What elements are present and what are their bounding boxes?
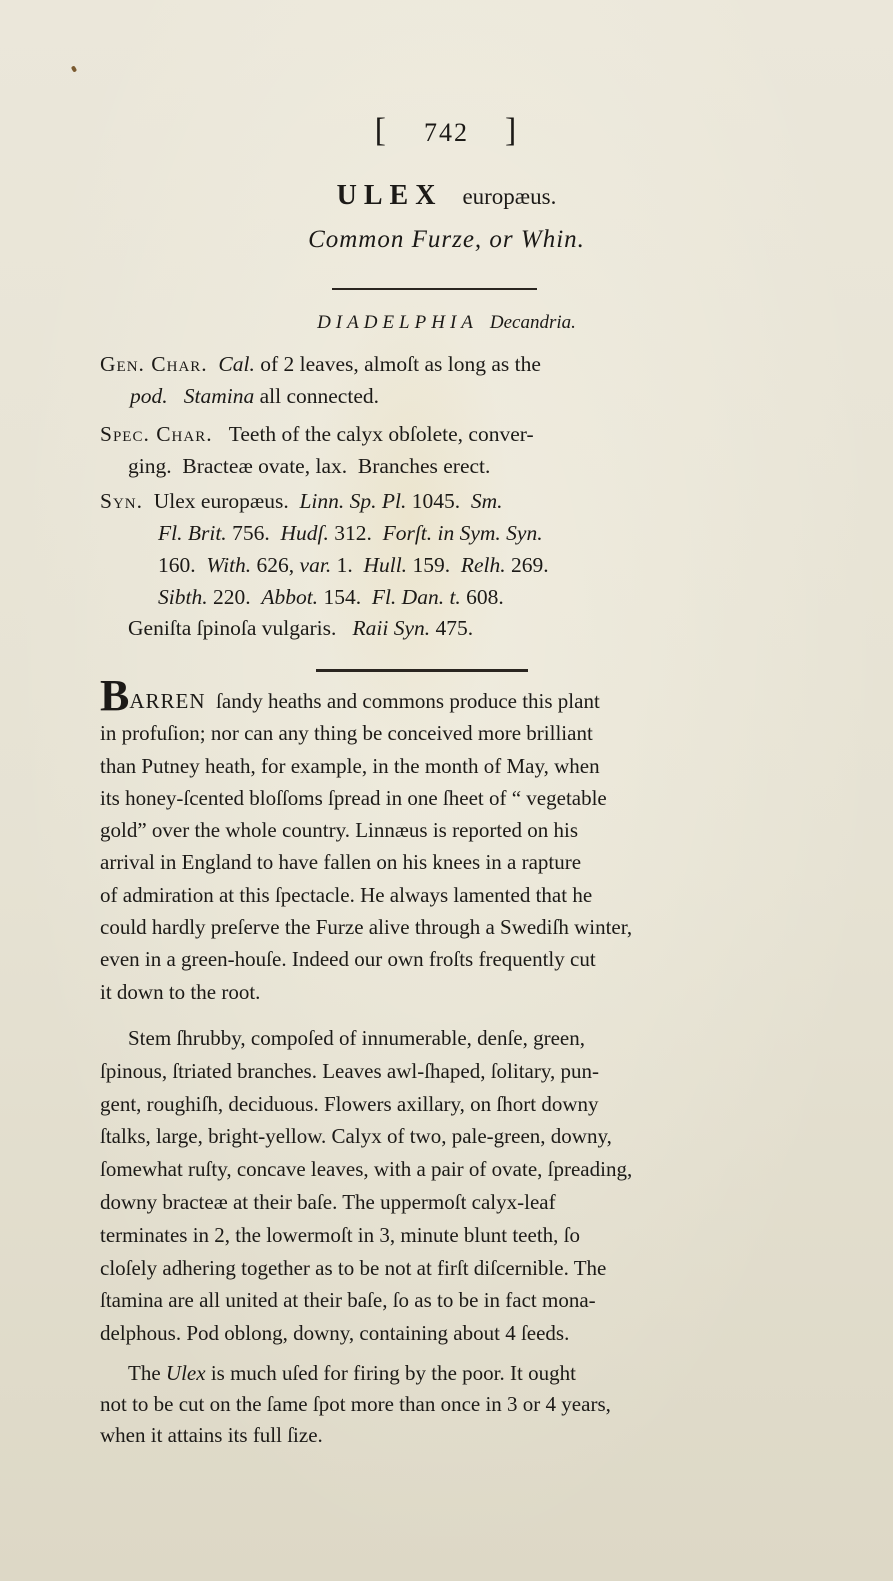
paragraph-1: BARREN ſandy heaths and commons produce … <box>100 682 748 1008</box>
gen-char-italic: Cal. <box>218 352 254 376</box>
citation-abbrev: Sibth. <box>158 585 208 609</box>
citation-text: 1045. <box>406 489 471 513</box>
alt-name: Geniſta ſpinoſa vulgaris. <box>128 616 336 640</box>
para1-line-2: than Putney heath, for example, in the m… <box>100 750 748 782</box>
para1-line-4: gold” over the whole country. Linnæus is… <box>100 814 748 846</box>
para3-post: is much uſed for firing by the poor. It … <box>211 1361 576 1385</box>
drop-cap: B <box>100 671 129 720</box>
citation-abbrev: Sm. <box>471 489 503 513</box>
gen-char-line1: of 2 leaves, almoſt as long as the <box>260 352 541 376</box>
specific-character: Spec. Char. Teeth of the calyx obſolete,… <box>100 418 748 482</box>
para2-line-5: downy bracteæ at their baſe. The uppermo… <box>100 1186 748 1219</box>
synonym-line-2: 160. With. 626, var. 1. Hull. 159. Relh.… <box>100 549 748 581</box>
bracket-close: ] <box>505 112 518 149</box>
page-title: ULEXeuropæus. <box>0 180 893 212</box>
para2-line-3: ſtalks, large, bright-yellow. Calyx of t… <box>100 1120 748 1153</box>
para2-line-2: gent, roughiſh, deciduous. Flowers axill… <box>100 1088 748 1121</box>
syn-label: Syn. <box>100 489 143 513</box>
caps-word: ARREN <box>129 689 205 713</box>
para3-italic: Ulex <box>166 1361 206 1385</box>
citation-text: 220. <box>208 585 262 609</box>
alt-ref-num: 475. <box>436 616 474 640</box>
spec-char-line2: ging. Bracteæ ovate, lax. Branches erect… <box>100 450 748 482</box>
para3-pre: The <box>128 1361 161 1385</box>
para1-line-3: its honey-ſcented bloſſoms ſpread in one… <box>100 782 748 814</box>
paper-speck <box>71 65 77 72</box>
para2-line-7: cloſely adhering together as to be not a… <box>100 1252 748 1285</box>
citation-text: 154. <box>318 585 372 609</box>
citation-text: 159. <box>407 553 461 577</box>
title-species: europæus. <box>462 184 556 209</box>
para3-line-2: when it attains its full ſize. <box>100 1420 748 1451</box>
gen-char-line2: all connected. <box>260 384 379 408</box>
page-number-header: [742] <box>0 112 893 150</box>
gen-char-stamina: Stamina <box>184 384 254 408</box>
para1-line-6: of admiration at this ſpectacle. He alwa… <box>100 879 748 911</box>
para1-line-8: even in a green-houſe. Indeed our own fr… <box>100 943 748 975</box>
paragraph-2: Stem ſhrubby, compoſed of innumerable, d… <box>100 1022 748 1350</box>
synonym-line-1: Fl. Brit. 756. Hudſ. 312. Forſt. in Sym.… <box>100 517 748 549</box>
gen-char-label: Gen. Char. <box>100 352 208 376</box>
citation-text: 312. <box>329 521 383 545</box>
para1-line-7: could hardly preſerve the Furze alive th… <box>100 911 748 943</box>
citation-text: 1. <box>331 553 363 577</box>
para1-line-0: ſandy heaths and commons produce this pl… <box>216 689 600 713</box>
para2-line-0: Stem ſhrubby, compoſed of innumerable, d… <box>100 1022 748 1055</box>
citation-text: 608. <box>461 585 504 609</box>
title-genus: ULEX <box>337 180 443 211</box>
para2-line-4: ſomewhat ruſty, concave leaves, with a p… <box>100 1153 748 1186</box>
paragraph-3: The Ulex is much uſed for firing by the … <box>100 1358 748 1451</box>
citation-abbrev: Forſt. in Sym. Syn. <box>383 521 543 545</box>
para1-line-5: arrival in England to have fallen on his… <box>100 846 748 878</box>
spec-char-line1: Teeth of the calyx obſolete, conver- <box>229 422 534 446</box>
alt-ref: Raii Syn. <box>353 616 431 640</box>
para3-line-1: not to be cut on the ſame ſpot more than… <box>100 1389 748 1420</box>
citation-text: 160. <box>158 553 206 577</box>
order-name: Decandria. <box>490 312 576 333</box>
citation-abbrev: Abbot. <box>261 585 318 609</box>
synonym-line-0: Syn. Ulex europæus. Linn. Sp. Pl. 1045. … <box>100 485 748 517</box>
para1-line-1: in profuſion; nor can any thing be conce… <box>100 717 748 749</box>
synonym-alternate: Geniſta ſpinoſa vulgaris. Raii Syn. 475. <box>100 612 748 644</box>
bracket-open: [ <box>375 112 388 149</box>
citation-abbrev: Fl. Brit. <box>158 521 227 545</box>
gen-char-pod: pod. <box>130 384 168 408</box>
para2-line-6: terminates in 2, the lowermoſt in 3, min… <box>100 1219 748 1252</box>
citation-abbrev: Hull. <box>363 553 407 577</box>
citation-text: Ulex europæus. <box>154 489 300 513</box>
citation-abbrev: Fl. Dan. t. <box>372 585 461 609</box>
citation-abbrev: Relh. <box>461 553 506 577</box>
divider-rule <box>332 288 537 290</box>
classification-line: DIADELPHIADecandria. <box>0 312 893 334</box>
book-page: [742] ULEXeuropæus. Common Furze, or Whi… <box>0 0 893 1581</box>
para2-line-8: ſtamina are all united at their baſe, ſo… <box>100 1284 748 1317</box>
citation-text: 756. <box>227 521 281 545</box>
citation-text: 626, <box>251 553 299 577</box>
common-name-subtitle: Common Furze, or Whin. <box>0 226 893 254</box>
page-number: 742 <box>424 118 469 147</box>
citation-text: 269. <box>506 553 549 577</box>
para1-line-9: it down to the root. <box>100 976 748 1008</box>
spec-char-label: Spec. Char. <box>100 422 213 446</box>
generic-character: Gen. Char. Cal. of 2 leaves, almoſt as l… <box>100 348 748 412</box>
citation-abbrev: Linn. Sp. Pl. <box>299 489 406 513</box>
synonym-line-3: Sibth. 220. Abbot. 154. Fl. Dan. t. 608. <box>100 581 748 613</box>
class-name: DIADELPHIA <box>317 312 478 333</box>
para2-line-1: ſpinous, ſtriated branches. Leaves awl-ſ… <box>100 1055 748 1088</box>
citation-abbrev: var. <box>300 553 332 577</box>
synonyms: Syn. Ulex europæus. Linn. Sp. Pl. 1045. … <box>100 485 748 613</box>
para2-line-9: delphous. Pod oblong, downy, containing … <box>100 1317 748 1350</box>
divider-rule <box>316 669 528 672</box>
citation-abbrev: Hudſ. <box>280 521 328 545</box>
citation-abbrev: With. <box>206 553 251 577</box>
